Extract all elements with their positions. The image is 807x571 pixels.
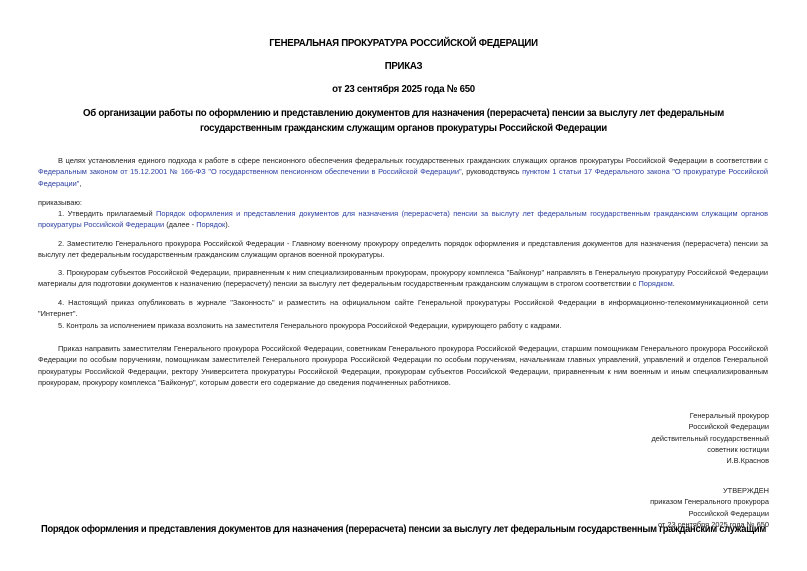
document-title: Об организации работы по оформлению и пр…: [60, 106, 747, 136]
signatory-name: И.В.Краснов: [509, 455, 769, 466]
federal-law-166-link[interactable]: Федеральным законом от 15.12.2001 № 166-…: [38, 167, 462, 176]
item-1-text-3: ).: [225, 220, 230, 229]
distribution-paragraph: Приказ направить заместителям Генерально…: [38, 343, 768, 389]
item-4-paragraph: 4. Настоящий приказ опубликовать в журна…: [38, 297, 768, 320]
approval-line: приказом Генерального прокурора: [509, 496, 769, 507]
item-2-paragraph: 2. Заместителю Генерального прокурора Ро…: [38, 238, 768, 261]
signature-block: Генеральный прокурор Российской Федераци…: [509, 410, 769, 466]
procedure-short-link[interactable]: Порядок: [196, 220, 225, 229]
procedure-reference-link[interactable]: Порядком: [638, 279, 672, 288]
signature-line: действительный государственный: [509, 433, 769, 444]
intro-text-1: В целях установления единого подхода к р…: [58, 156, 768, 165]
intro-paragraph: В целях установления единого подхода к р…: [38, 155, 768, 189]
intro-text-2: , руководствуясь: [462, 167, 523, 176]
item-3-paragraph: 3. Прокурорам субъектов Российской Федер…: [38, 267, 768, 290]
item-5-paragraph: 5. Контроль за исполнением приказа возло…: [38, 320, 768, 331]
organization-heading: ГЕНЕРАЛЬНАЯ ПРОКУРАТУРА РОССИЙСКОЙ ФЕДЕР…: [32, 37, 774, 49]
appendix-title: Порядок оформления и представления докум…: [32, 524, 774, 535]
intro-text-3: ,: [79, 179, 81, 188]
document-date-number: от 23 сентября 2025 года № 650: [32, 83, 774, 95]
item-1-text-1: 1. Утвердить прилагаемый: [58, 209, 156, 218]
item-1-paragraph: 1. Утвердить прилагаемый Порядок оформле…: [38, 208, 768, 231]
order-word: приказываю:: [38, 197, 768, 208]
document-type: ПРИКАЗ: [32, 60, 774, 72]
signature-line: Российской Федерации: [509, 421, 769, 432]
signature-line: Генеральный прокурор: [509, 410, 769, 421]
item-3-text-2: .: [673, 279, 675, 288]
approval-line: Российской Федерации: [509, 508, 769, 519]
item-1-text-2: (далее -: [164, 220, 196, 229]
signature-line: советник юстиции: [509, 444, 769, 455]
approval-line: УТВЕРЖДЕН: [509, 485, 769, 496]
